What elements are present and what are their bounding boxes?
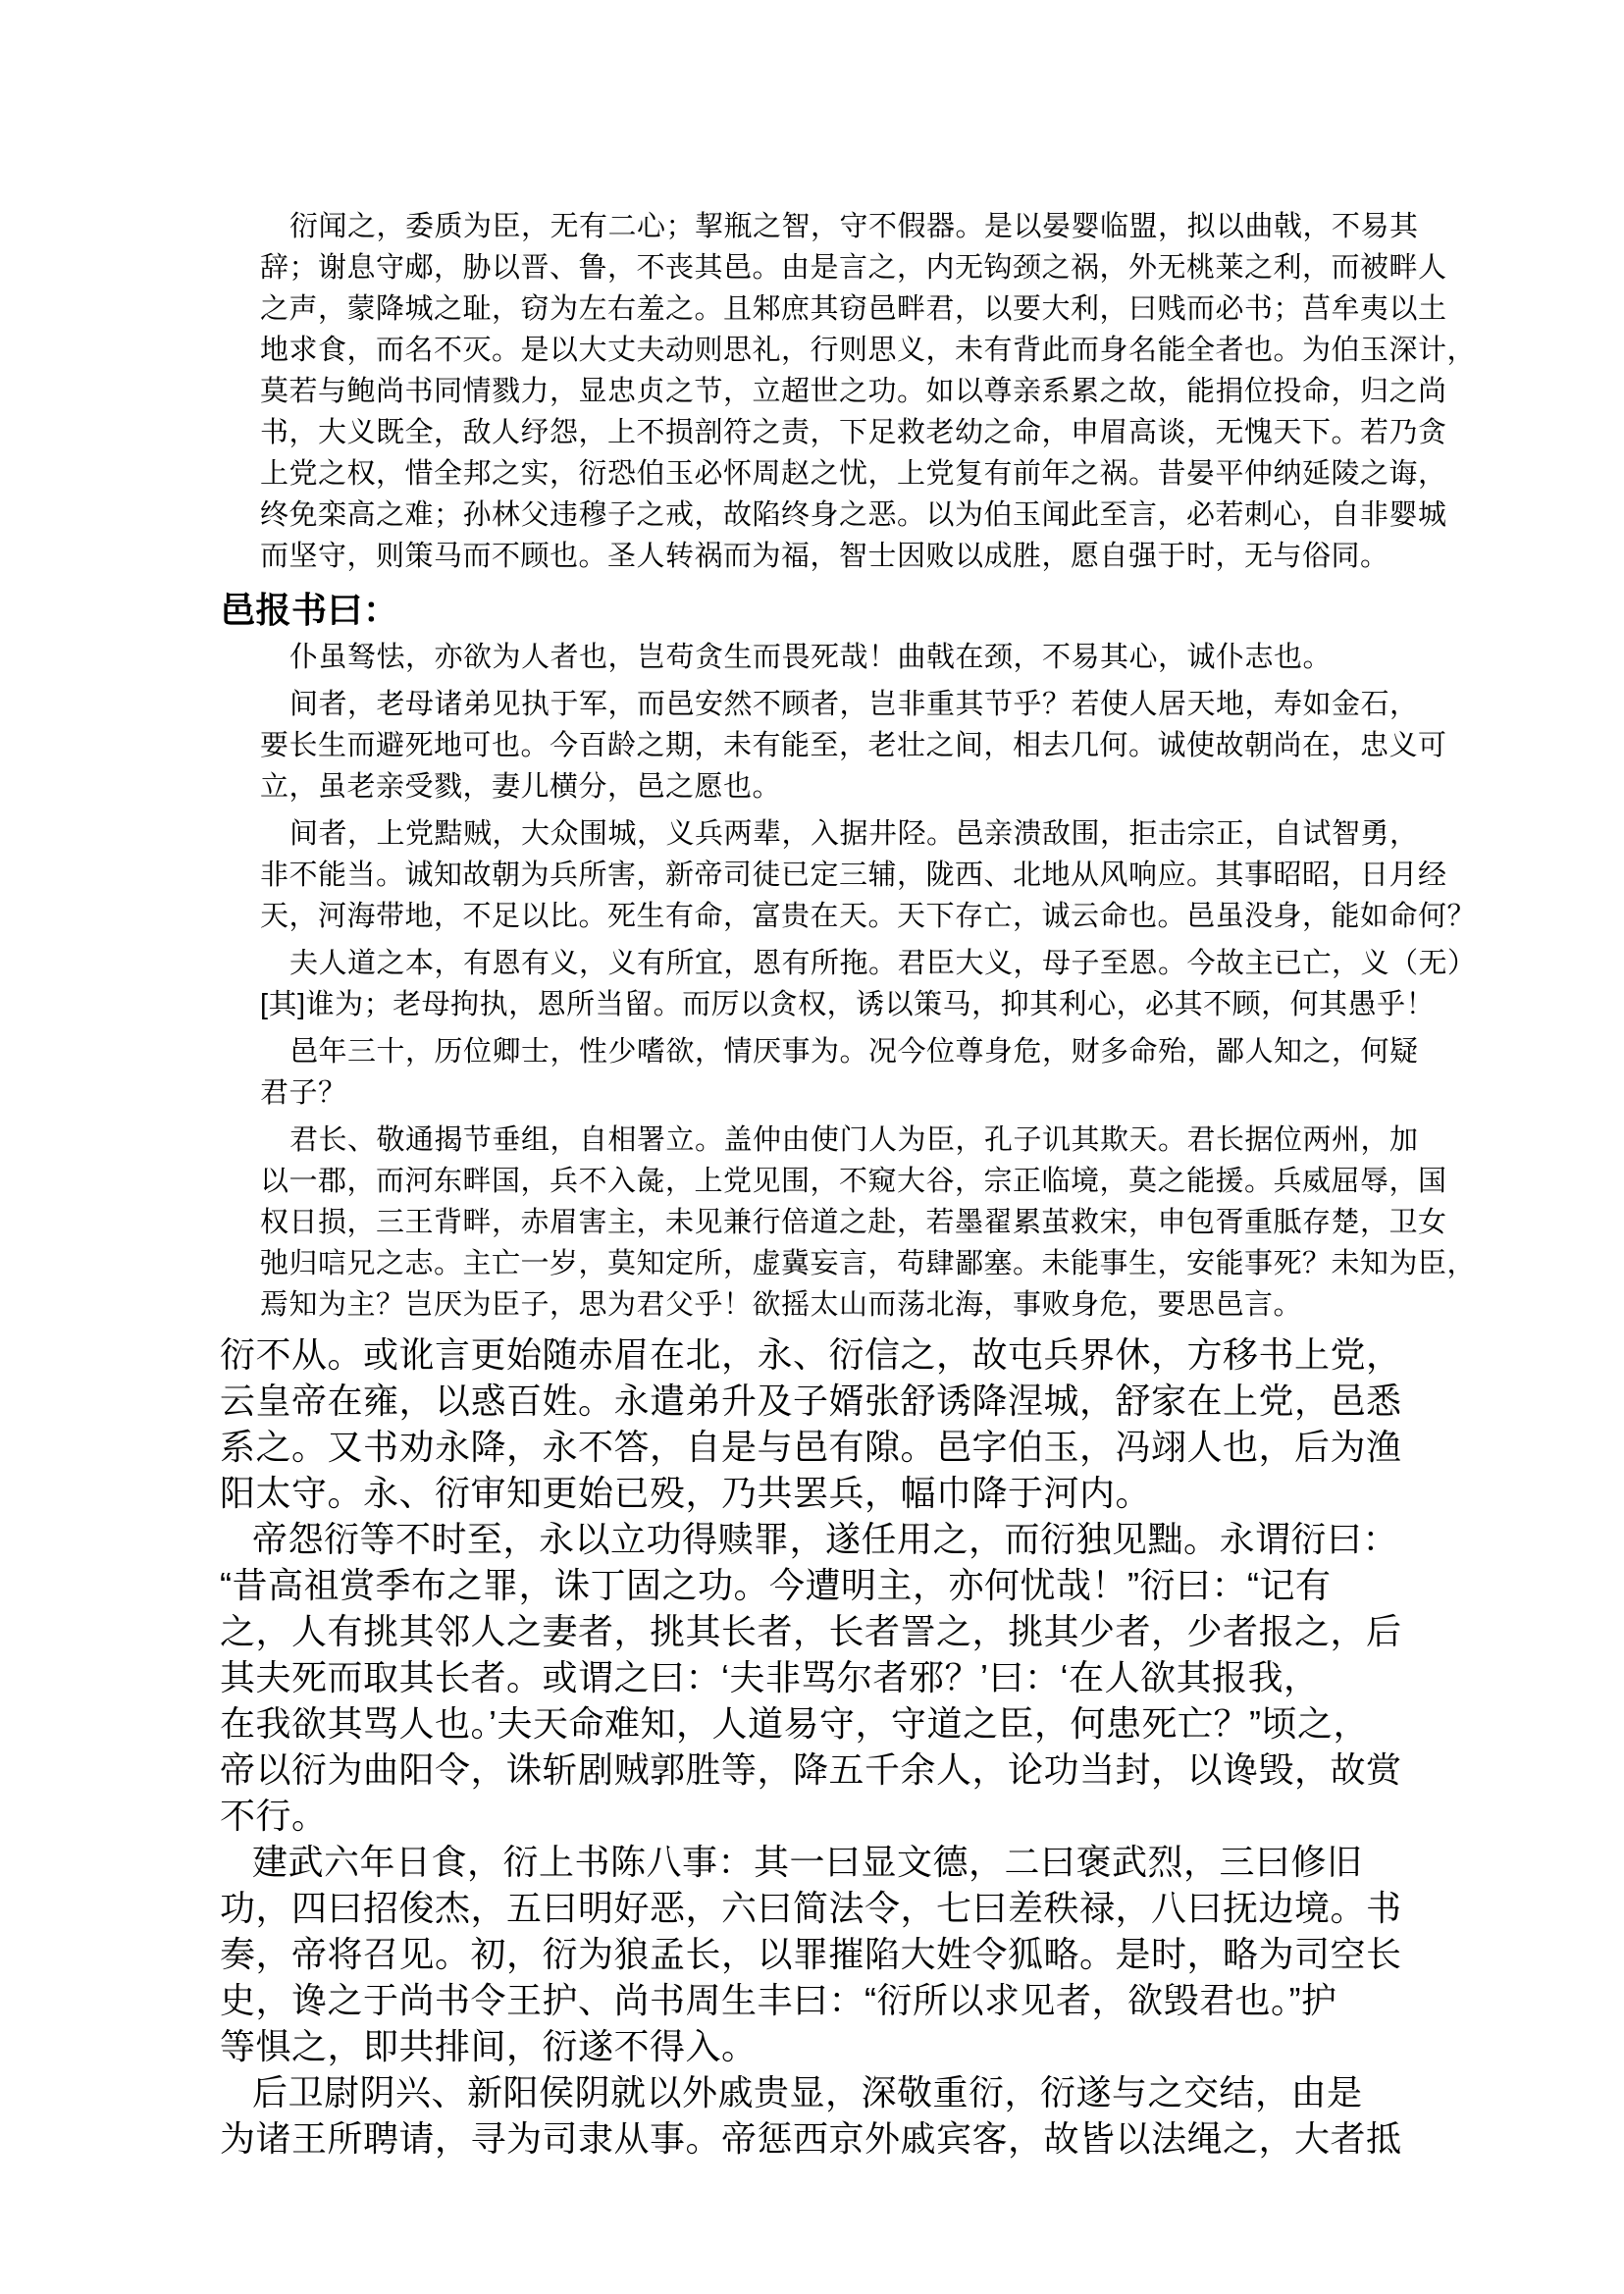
text-line: 天，河海带地，不足以比。死生有命，富贵在天。天下存亡，诚云命也。邑虽没身，能如命…: [260, 896, 1604, 937]
text-line: 以一郡，而河东畔国，兵不入彘，上党见围，不窥大谷，宗正临境，莫之能援。兵威屈辱，…: [260, 1161, 1604, 1202]
text-line: 史，谗之于尚书令王护、尚书周生丰曰：“衍所以求见者，欲毁君也。”护: [220, 1977, 1604, 2023]
paragraph: 衍闻之，委质为臣，无有二心；挈瓶之智，守不假器。是以晏婴临盟，拟以曲戟，不易其辞…: [260, 206, 1604, 577]
text-line: 帝怨衍等不时至，永以立功得赎罪，遂任用之，而衍独见黜。永谓衍曰：: [220, 1516, 1604, 1562]
text-line: 衍闻之，委质为臣，无有二心；挈瓶之智，守不假器。是以晏婴临盟，拟以曲戟，不易其: [260, 206, 1604, 247]
text-line: 仆虽驽怯，亦欲为人者也，岂苟贪生而畏死哉！曲戟在颈，不易其心，诚仆志也。: [260, 637, 1604, 678]
text-line: 而坚守，则策马而不顾也。圣人转祸而为福，智士因败以成胜，愿自强于时，无与俗同。: [260, 536, 1604, 577]
paragraph: 帝怨衍等不时至，永以立功得赎罪，遂任用之，而衍独见黜。永谓衍曰：“昔高祖赏季布之…: [220, 1516, 1604, 1839]
text-line: 上党之权，惜全邦之实，衍恐伯玉必怀周赵之忧，上党复有前年之祸。昔晏平仲纳延陵之诲…: [260, 453, 1604, 495]
text-line: 后卫尉阴兴、新阳侯阴就以外戚贵显，深敬重衍，衍遂与之交结，由是: [220, 2069, 1604, 2115]
text-line: 奏，帝将召见。初，衍为狼孟长，以罪摧陷大姓令狐略。是时，略为司空长: [220, 1931, 1604, 1977]
text-line: 莫若与鲍尚书同情戮力，显忠贞之节，立超世之功。如以尊亲系累之故，能捐位投命，归之…: [260, 371, 1604, 412]
text-line: 辞；谢息守郕，胁以晋、鲁，不丧其邑。由是言之，内无钩颈之祸，外无桃莱之利，而被畔…: [260, 247, 1604, 288]
text-line: 间者，上党黠贼，大众围城，义兵两辈，入据井陉。邑亲溃敌围，拒击宗正，自试智勇，: [260, 813, 1604, 855]
paragraph: 夫人道之本，有恩有义，义有所宜，恩有所拖。君臣大义，母子至恩。今故主已亡，义（无…: [260, 943, 1604, 1025]
text-line: 焉知为主？岂厌为臣子，思为君父乎！欲摇太山而荡北海，事败身危，要思邑言。: [260, 1284, 1604, 1326]
text-line: 要长生而避死地可也。今百龄之期，未有能至，老壮之间，相去几何。诚使故朝尚在，忠义…: [260, 725, 1604, 766]
text-line: 等惧之，即共排间，衍遂不得入。: [220, 2023, 1604, 2069]
paragraph: 间者，上党黠贼，大众围城，义兵两辈，入据井陉。邑亲溃敌围，拒击宗正，自试智勇，非…: [260, 813, 1604, 937]
text-line: 建武六年日食，衍上书陈八事：其一曰显文德，二曰褒武烈，三曰修旧: [220, 1839, 1604, 1885]
text-line: 君子？: [260, 1072, 1604, 1114]
text-line: 权日损，三王背畔，赤眉害主，未见兼行倍道之赴，若墨翟累茧救宋，申包胥重胝存楚，卫…: [260, 1202, 1604, 1243]
text-line: 地求食，而名不灭。是以大丈夫动则思礼，行则思义，未有背此而身名能全者也。为伯玉深…: [260, 330, 1604, 371]
text-line: 其夫死而取其长者。或谓之曰：‘夫非骂尔者邪？’曰：‘在人欲其报我，: [220, 1654, 1604, 1700]
text-line: [其]谁为；老母拘执，恩所当留。而厉以贪权，诱以策马，抑其利心，必其不顾，何其愚…: [260, 984, 1604, 1025]
text-line: 不行。: [220, 1793, 1604, 1839]
text-line: “昔高祖赏季布之罪，诛丁固之功。今遭明主，亦何忧哉！”衍曰：“记有: [220, 1562, 1604, 1608]
text-line: 夫人道之本，有恩有义，义有所宜，恩有所拖。君臣大义，母子至恩。今故主已亡，义（无…: [260, 943, 1604, 984]
text-line: 终免栾高之难；孙林父违穆子之戒，故陷终身之恶。以为伯玉闻此至言，必若刺心，自非婴…: [260, 495, 1604, 536]
text-line: 帝以衍为曲阳令，诛斩剧贼郭胜等，降五千余人，论功当封，以谗毁，故赏: [220, 1747, 1604, 1793]
text-line: 非不能当。诚知故朝为兵所害，新帝司徒已定三辅，陇西、北地从风响应。其事昭昭，日月…: [260, 855, 1604, 896]
document-page: 衍闻之，委质为臣，无有二心；挈瓶之智，守不假器。是以晏婴临盟，拟以曲戟，不易其辞…: [0, 0, 1624, 2294]
text-line: 阳太守。永、衍审知更始已殁，乃共罢兵，幅巾降于河内。: [220, 1470, 1604, 1516]
paragraph: 建武六年日食，衍上书陈八事：其一曰显文德，二曰褒武烈，三曰修旧功，四曰招俊杰，五…: [220, 1839, 1604, 2069]
section-heading: 邑报书曰：: [220, 587, 1604, 633]
paragraph: 邑年三十，历位卿士，性少嗜欲，情厌事为。况今位尊身危，财多命殆，鄙人知之，何疑君…: [260, 1031, 1604, 1114]
text-line: 系之。又书劝永降，永不答，自是与邑有隙。邑字伯玉，冯翊人也，后为渔: [220, 1424, 1604, 1470]
paragraph: 后卫尉阴兴、新阳侯阴就以外戚贵显，深敬重衍，衍遂与之交结，由是为诸王所聘请，寻为…: [220, 2069, 1604, 2162]
text-line: 云皇帝在雍，以惑百姓。永遣弟升及子婿张舒诱降涅城，舒家在上党，邑悉: [220, 1378, 1604, 1424]
paragraph: 君长、敬通揭节垂组，自相署立。盖仲由使门人为臣，孔子讥其欺天。君长据位两州，加以…: [260, 1120, 1604, 1326]
text-line: 衍不从。或讹言更始随赤眉在北，永、衍信之，故屯兵界休，方移书上党，: [220, 1331, 1604, 1378]
text-line: 弛归唁兄之志。主亡一岁，莫知定所，虚冀妄言，苟肆鄙塞。未能事生，安能事死？未知为…: [260, 1243, 1604, 1284]
text-line: 君长、敬通揭节垂组，自相署立。盖仲由使门人为臣，孔子讥其欺天。君长据位两州，加: [260, 1120, 1604, 1161]
paragraph: 衍不从。或讹言更始随赤眉在北，永、衍信之，故屯兵界休，方移书上党，云皇帝在雍，以…: [220, 1331, 1604, 1516]
text-line: 间者，老母诸弟见执于军，而邑安然不顾者，岂非重其节乎？若使人居天地，寿如金石，: [260, 684, 1604, 725]
text-line: 邑年三十，历位卿士，性少嗜欲，情厌事为。况今位尊身危，财多命殆，鄙人知之，何疑: [260, 1031, 1604, 1072]
text-line: 邑报书曰：: [220, 587, 1604, 633]
page: { "page": { "width": 1655, "height": 233…: [0, 0, 1624, 2294]
text-line: 在我欲其骂人也。’夫天命难知，人道易守，守道之臣，何患死亡？”顷之，: [220, 1700, 1604, 1747]
text-line: 为诸王所聘请，寻为司隶从事。帝惩西京外戚宾客，故皆以法绳之，大者抵: [220, 2115, 1604, 2162]
text-line: 立，虽老亲受戮，妻儿横分，邑之愿也。: [260, 766, 1604, 808]
paragraph: 仆虽驽怯，亦欲为人者也，岂苟贪生而畏死哉！曲戟在颈，不易其心，诚仆志也。: [260, 637, 1604, 678]
document-body: 衍闻之，委质为臣，无有二心；挈瓶之智，守不假器。是以晏婴临盟，拟以曲戟，不易其辞…: [0, 206, 1624, 2162]
text-line: 功，四曰招俊杰，五曰明好恶，六曰简法令，七曰差秩禄，八曰抚边境。书: [220, 1885, 1604, 1931]
paragraph: 间者，老母诸弟见执于军，而邑安然不顾者，岂非重其节乎？若使人居天地，寿如金石，要…: [260, 684, 1604, 808]
text-line: 书，大义既全，敌人纾怨，上不损剖符之责，下足救老幼之命，申眉高谈，无愧天下。若乃…: [260, 412, 1604, 453]
text-line: 之声，蒙降城之耻，窃为左右羞之。且邾庶其窃邑畔君，以要大利，曰贱而必书；莒牟夷以…: [260, 288, 1604, 330]
text-line: 之，人有挑其邻人之妻者，挑其长者，长者詈之，挑其少者，少者报之，后: [220, 1608, 1604, 1654]
